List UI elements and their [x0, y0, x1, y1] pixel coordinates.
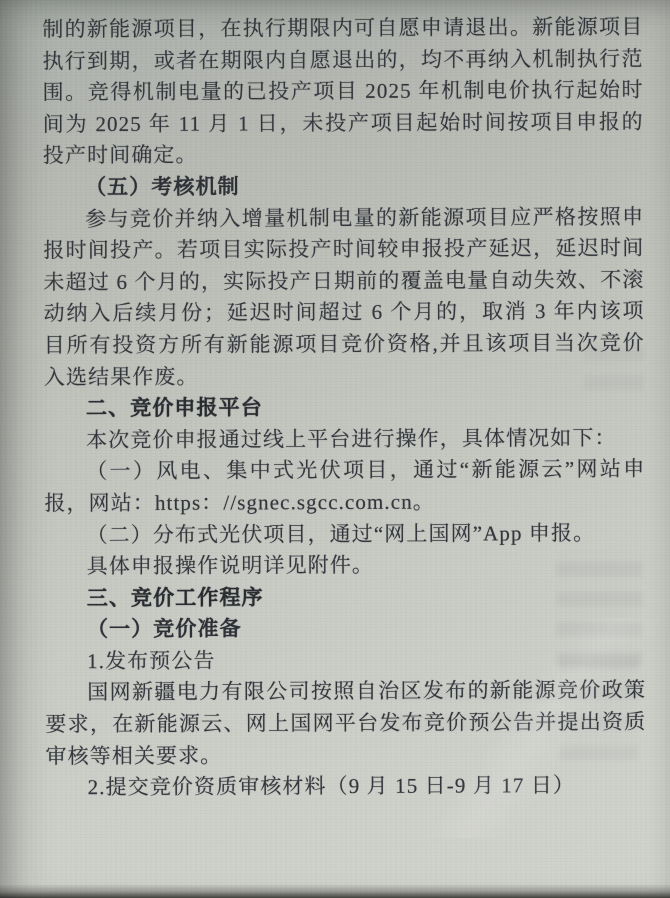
paragraph: 国网新疆电力有限公司按照自治区发布的新能源竞价政策要求，在新能源云、网上国网平台…: [45, 675, 646, 772]
photo-bottom-edge-shadow: [0, 884, 670, 898]
sub-heading: （五）考核机制: [43, 170, 644, 204]
paragraph: （一）风电、集中式光伏项目，通过“新能源云”网站申报，网站：https：//sg…: [44, 454, 645, 520]
photographed-document-page: 制的新能源项目，在执行期限内可自愿申请退出。新能源项目执行到期，或者在期限内自愿…: [0, 0, 670, 898]
paragraph: 本次竞价申报通过线上平台进行操作，具体情况如下：: [44, 422, 645, 456]
paragraph: 具体申报操作说明详见附件。: [45, 549, 646, 583]
section-heading: 三、竞价工作程序: [45, 580, 646, 614]
paragraph: 参与竞价并纳入增量机制电量的新能源项目应严格按照申报时间投产。若项目实际投产时间…: [43, 201, 645, 393]
document-body: 制的新能源项目，在执行期限内可自愿申请退出。新能源项目执行到期，或者在期限内自愿…: [42, 12, 646, 804]
paragraph: 制的新能源项目，在执行期限内可自愿申请退出。新能源项目执行到期，或者在期限内自愿…: [42, 12, 644, 173]
paragraph: 1.发布预公告: [45, 644, 646, 678]
paragraph: （二）分布式光伏项目，通过“网上国网”App 申报。: [44, 517, 645, 551]
section-heading: 二、竞价申报平台: [44, 391, 645, 425]
paragraph: 2.提交竞价资质审核材料（9 月 15 日-9 月 17 日）: [46, 770, 647, 804]
sub-heading: （一）竞价准备: [45, 612, 646, 646]
